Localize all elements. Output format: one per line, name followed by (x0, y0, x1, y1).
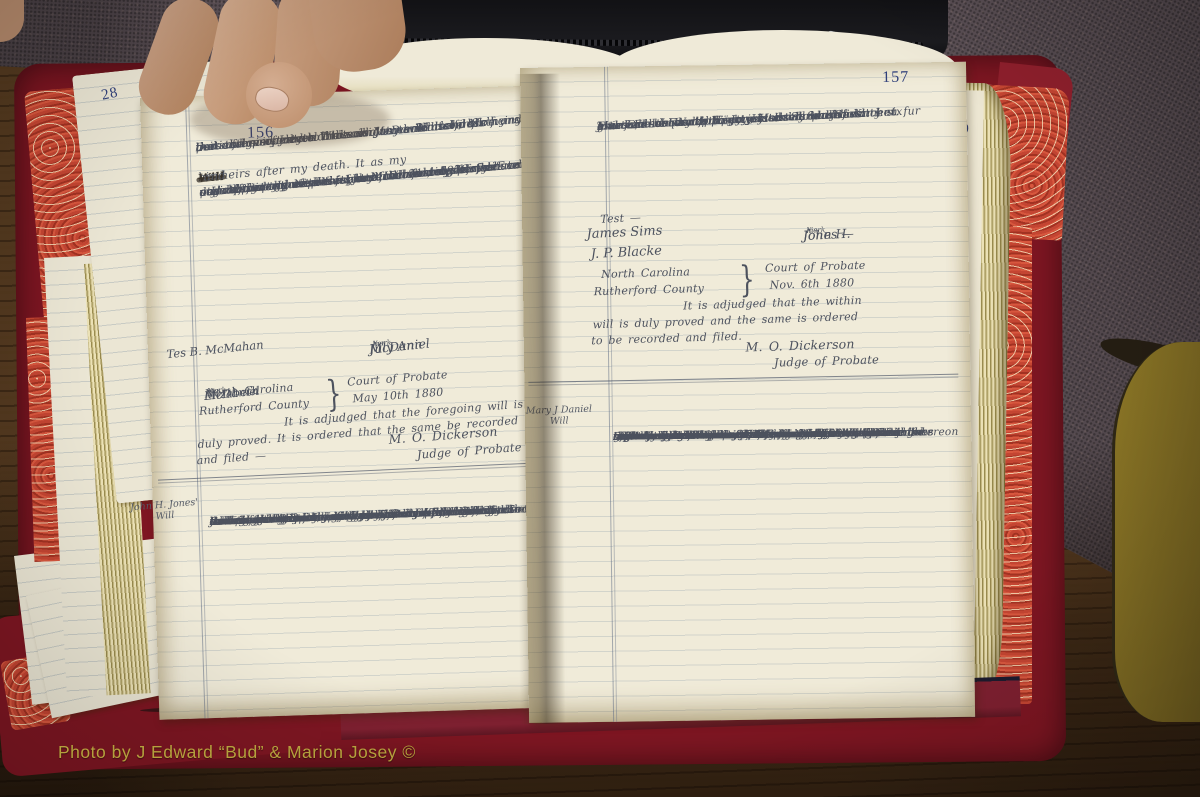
judge-signature: M. O. Dickerson (745, 336, 855, 354)
probate-block-right: North Carolina Rutherford County } Court… (553, 247, 956, 375)
margin-rule-right-page (604, 67, 617, 722)
handwritten-lines: I, Mary J Daniel do make publish and dec… (613, 425, 963, 430)
probate-brace: } (325, 375, 343, 412)
daniel-will-text: I, Mary J Daniel do make publish and dec… (613, 396, 964, 459)
hand (0, 0, 420, 180)
probate-date: Nov. 6th 1880 (769, 276, 854, 293)
archival-photo: 9 28 156 that after my death the said Ja… (0, 0, 1200, 797)
witness-1: Tes B. McMahan (166, 337, 264, 362)
judge-title: Judge of Probate (774, 352, 879, 370)
handwritten-line: demise and dispose of the same I the fol… (209, 502, 541, 529)
witness-james-sims: James Sims (586, 223, 663, 242)
jones-will-continuation: and farm. I want all my just debts paid … (595, 76, 952, 147)
probate-court: Court of Probate (765, 259, 866, 277)
book-gutter-shadow (514, 74, 566, 724)
margin-note-jones: John H. Jones' Will (129, 497, 201, 525)
testator-signature-left: July AnnherXmarkMcDaniel (335, 327, 371, 375)
handwritten-lines: and farm. I want all my just debts paid … (597, 102, 952, 119)
probate-county: Rutherford County (594, 282, 705, 300)
right-page: 157 and farm. I want all my just debts p… (520, 62, 975, 723)
photographer-watermark: Photo by J Edward “Bud” & Marion Josey © (58, 742, 416, 763)
handwritten-line: of whatsoever it may consist at my death (613, 426, 863, 444)
probate-state: North Carolina (601, 265, 690, 282)
probate-brace: } (739, 261, 756, 297)
probate-line-3: to be recorded and filed. (591, 330, 742, 349)
left-page: 156 that after my death the said James W… (140, 85, 557, 719)
handwritten-line: March, the Fourth (597, 114, 707, 133)
handwritten-lines: In the name of God — AmenJohn H. Jones o… (209, 502, 545, 515)
arm-corner (0, 0, 24, 42)
